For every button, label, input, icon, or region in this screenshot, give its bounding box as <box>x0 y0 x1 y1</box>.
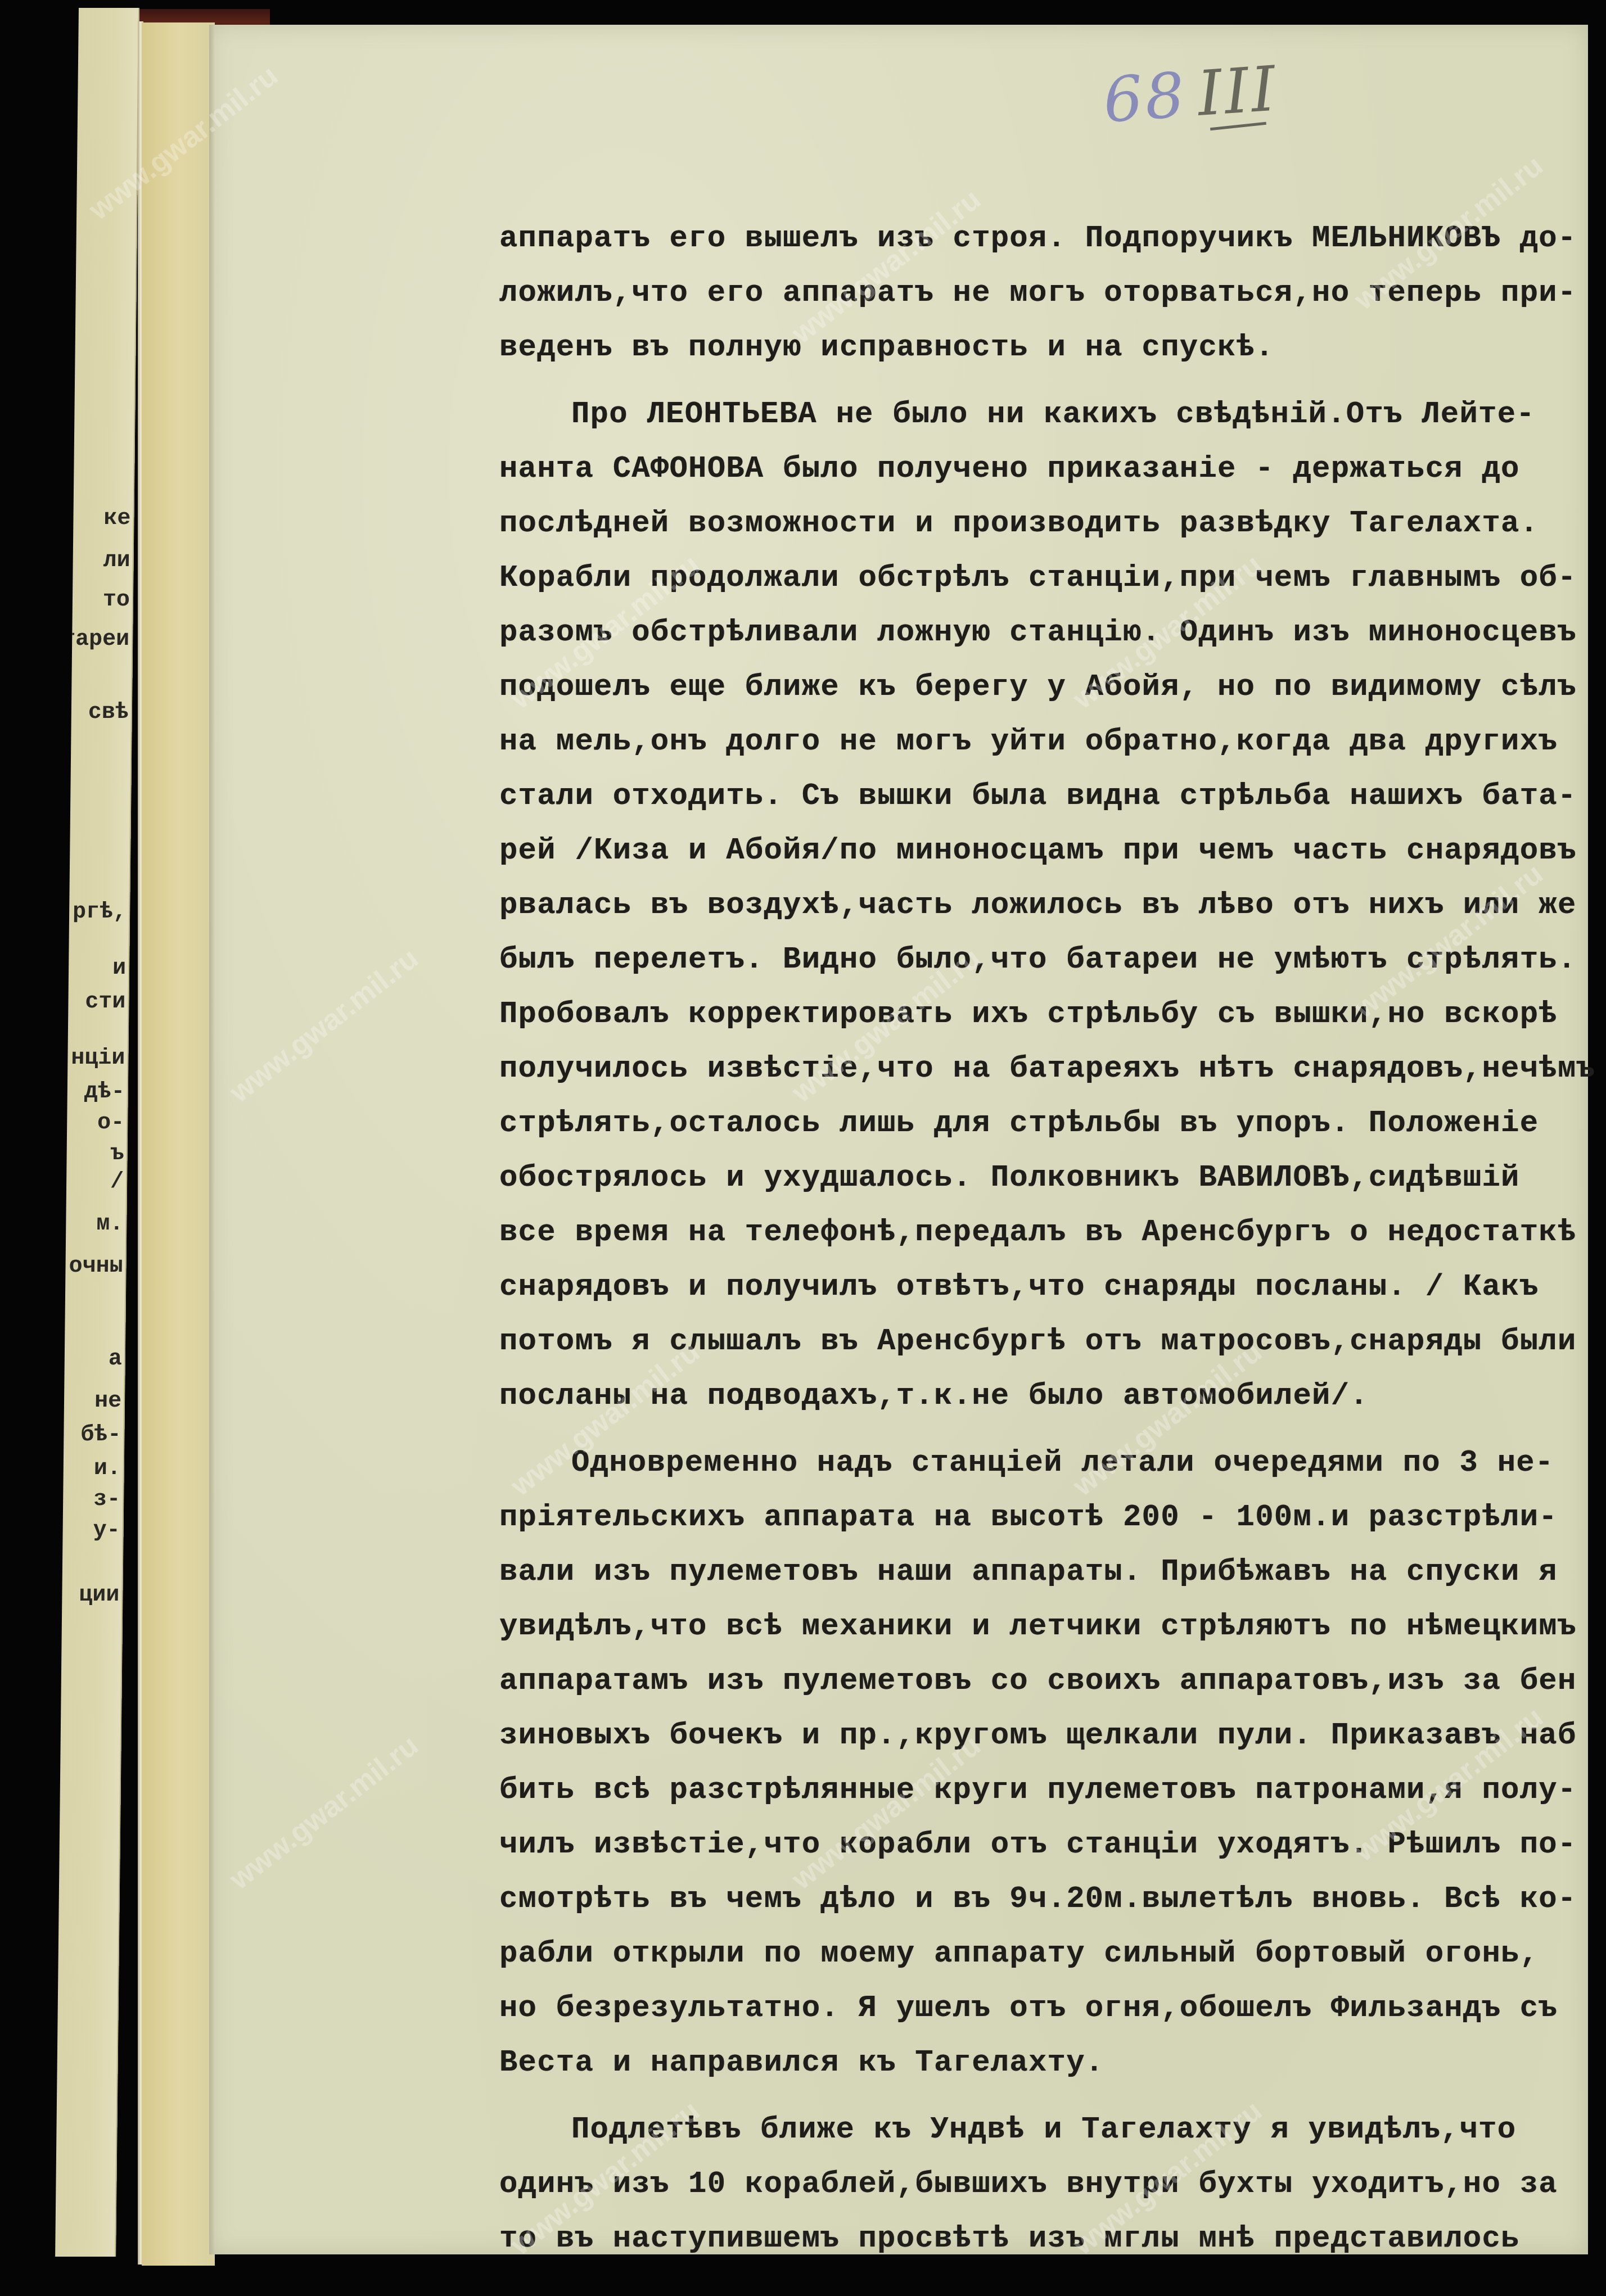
typescript-line: стали отходить. Съ вышки была видна стрѣ… <box>499 769 1590 824</box>
text-fragment: бѣ- <box>80 1422 121 1448</box>
text-fragment: з- <box>93 1487 120 1512</box>
text-fragment: ции <box>79 1583 119 1608</box>
typescript-line: пріятельскихъ аппарата на высотѣ 200 - 1… <box>499 1490 1590 1545</box>
page-edge-shadow <box>209 25 215 2254</box>
text-fragment: и. <box>94 1456 121 1481</box>
text-fragment: ли <box>103 548 130 573</box>
typescript-line: Корабли продолжали обстрѣлъ станціи,при … <box>499 551 1590 605</box>
typescript-line: Про ЛЕОНТЬЕВА не было ни какихъ свѣдѣній… <box>499 387 1590 442</box>
typescript-line: потомъ я слышалъ въ Аренсбургѣ отъ матро… <box>499 1314 1590 1369</box>
typescript-line: на мель,онъ долго не могъ уйти обратно,к… <box>499 715 1590 769</box>
text-fragment: тареи <box>62 627 130 652</box>
text-fragment: м. <box>96 1212 123 1237</box>
text-fragment: очны <box>69 1254 123 1279</box>
text-fragment: ргѣ, <box>73 900 127 925</box>
typescript-line: зиновыхъ бочекъ и пр.,кругомъ щелкали пу… <box>499 1709 1590 1763</box>
typescript-line: вали изъ пулеметовъ наши аппараты. Прибѣ… <box>499 1545 1590 1599</box>
typescript-line: ложилъ,что его аппаратъ не могъ оторвать… <box>499 266 1590 320</box>
folio-roman: III <box>1195 52 1280 130</box>
typescript-line: Одновременно надъ станціей летали очеред… <box>499 1436 1590 1490</box>
text-fragment: у- <box>93 1518 120 1543</box>
typescript-line: былъ перелетъ. Видно было,что батареи не… <box>499 933 1590 987</box>
typescript-line: Пробовалъ корректировать ихъ стрѣльбу съ… <box>499 987 1590 1042</box>
typescript-line: рвалась въ воздухѣ,часть ложилось въ лѣв… <box>499 878 1590 933</box>
typescript-line: стрѣлять,осталось лишь для стрѣльбы въ у… <box>499 1096 1590 1151</box>
text-fragment: и <box>112 956 126 981</box>
text-fragment: свѣ <box>88 700 129 725</box>
typescript-line: нанта САФОНОВА было получено приказаніе … <box>499 442 1590 496</box>
middle-fold-strip <box>142 22 215 2266</box>
typescript-line: чилъ извѣстіе,что корабли отъ станціи ух… <box>499 1818 1590 1872</box>
typescript-line: рабли открыли по моему аппарату сильный … <box>499 1927 1590 1981</box>
typescript-line: разомъ обстрѣливали ложную станцію. Один… <box>499 605 1590 660</box>
typescript-line: бить всѣ разстрѣлянные круги пулеметовъ … <box>499 1763 1590 1818</box>
text-fragment: о- <box>97 1110 124 1136</box>
typescript-line: то въ наступившемъ просвѣтѣ изъ мглы мнѣ… <box>499 2212 1590 2266</box>
typescript-body: аппаратъ его вышелъ изъ строя. Подпоручи… <box>499 211 1590 2266</box>
typescript-line: снарядовъ и получилъ отвѣтъ,что снаряды … <box>499 1260 1590 1314</box>
typescript-line: одинъ изъ 10 кораблей,бывшихъ внутри бух… <box>499 2157 1590 2212</box>
watermark: www.gwar.mil.ru <box>223 1729 425 1897</box>
document-page: 68III аппаратъ его вышелъ изъ строя. Под… <box>209 25 1588 2254</box>
text-fragment: / <box>110 1169 124 1195</box>
text-fragment: ъ <box>110 1141 124 1167</box>
typescript-line: обострялось и ухудшалось. Полковникъ ВАВ… <box>499 1151 1590 1205</box>
typescript-line: посланы на подводахъ,т.к.не было автомоб… <box>499 1369 1590 1423</box>
text-fragment: а <box>109 1346 122 1372</box>
typescript-line: все время на телефонѣ,передалъ въ Аренсб… <box>499 1205 1590 1260</box>
typescript-line: смотрѣть въ чемъ дѣло и въ 9ч.20м.вылетѣ… <box>499 1872 1590 1927</box>
typescript-line: Веста и направился къ Тагелахту. <box>499 2036 1590 2090</box>
typescript-line: аппаратъ его вышелъ изъ строя. Подпоручи… <box>499 211 1590 266</box>
document-scan: келитотареисвѣргѣ,истинціидѣ-о-ъ/м.очныа… <box>0 0 1606 2296</box>
text-fragment: не <box>94 1389 121 1414</box>
typescript-line: послѣдней возможности и производить разв… <box>499 496 1590 551</box>
typescript-line: увидѣлъ,что всѣ механики и летчики стрѣл… <box>499 1599 1590 1654</box>
text-fragment: сти <box>85 989 125 1015</box>
typescript-line: подошелъ еще ближе къ берегу у Абойя, но… <box>499 660 1590 715</box>
folio-number: 68 <box>1101 59 1189 137</box>
underlying-page-strip: келитотареисвѣргѣ,истинціидѣ-о-ъ/м.очныа… <box>55 8 139 2257</box>
text-fragment: нціи <box>71 1046 125 1071</box>
typescript-line: Подлетѣвъ ближе къ Ундвѣ и Тагелахту я у… <box>499 2103 1590 2157</box>
text-fragment: то <box>103 587 130 613</box>
text-fragment: ке <box>103 506 130 531</box>
typescript-line: рей /Киза и Абойя/по миноносцамъ при чем… <box>499 824 1590 878</box>
typescript-line: но безрезультатно. Я ушелъ отъ огня,обош… <box>499 1981 1590 2036</box>
text-fragment: дѣ- <box>84 1079 125 1105</box>
watermark: www.gwar.mil.ru <box>223 942 425 1110</box>
typescript-line: получилось извѣстіе,что на батареяхъ нѣт… <box>499 1042 1590 1096</box>
typescript-line: аппаратамъ изъ пулеметовъ со своихъ аппа… <box>499 1654 1590 1709</box>
typescript-line: веденъ въ полную исправность и на спускѣ… <box>499 320 1590 375</box>
